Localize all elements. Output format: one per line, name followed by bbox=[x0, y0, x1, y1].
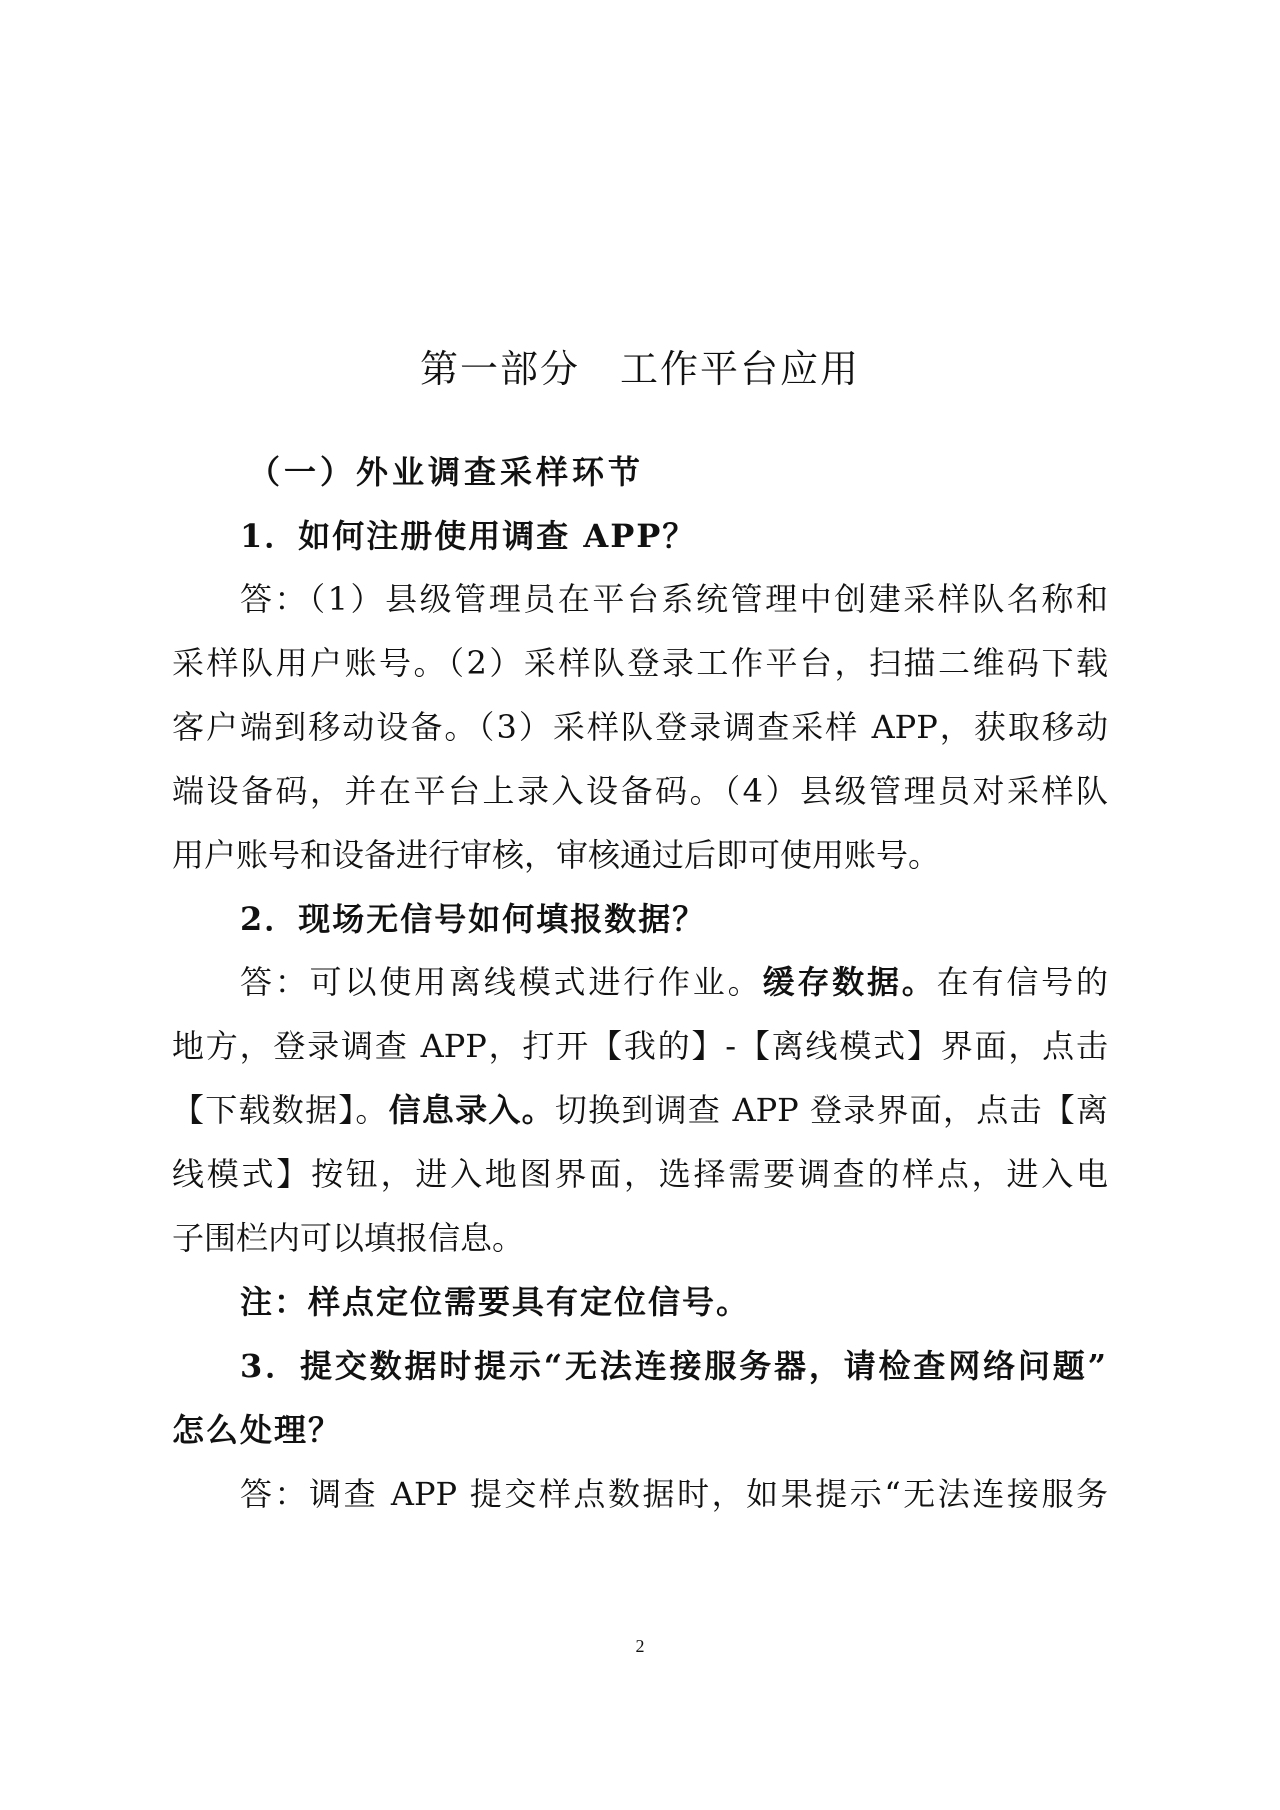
answer-1-line-3: 客户端到移动设备。（3）采样队登录调查采样 APP，获取移动 bbox=[172, 707, 1108, 747]
document-page: 第一部分工作平台应用 （一）外业调查采样环节 1．如何注册使用调查 APP？ 答… bbox=[0, 0, 1280, 1810]
answer-3-line-1: 答：调查 APP 提交样点数据时，如果提示“无法连接服务 bbox=[240, 1474, 1108, 1514]
answer-1-line-5: 用户账号和设备进行审核，审核通过后即可使用账号。 bbox=[172, 835, 1108, 875]
page-number: 2 bbox=[0, 1636, 1280, 1657]
page-title: 第一部分工作平台应用 bbox=[0, 338, 1280, 393]
answer-1-line-2: 采样队用户账号。（2）采样队登录工作平台，扫描二维码下载 bbox=[172, 643, 1108, 683]
section-heading: （一）外业调查采样环节 bbox=[248, 447, 644, 493]
answer-bold-text: 缓存数据。 bbox=[762, 963, 936, 1001]
answer-2-line-1: 答：可以使用离线模式进行作业。缓存数据。在有信号的 bbox=[240, 962, 1108, 1002]
answer-2-line-4: 线模式】按钮，进入地图界面，选择需要调查的样点，进入电 bbox=[172, 1154, 1108, 1194]
title-subject: 工作平台应用 bbox=[620, 347, 860, 391]
answer-text: 答：可以使用离线模式进行作业。 bbox=[240, 963, 762, 1001]
answer-1-line-1: 答：（1）县级管理员在平台系统管理中创建采样队名称和 bbox=[240, 579, 1108, 619]
answer-1-line-4: 端设备码，并在平台上录入设备码。（4）县级管理员对采样队 bbox=[172, 771, 1108, 811]
title-part: 第一部分 bbox=[420, 347, 580, 391]
note: 注：样点定位需要具有定位信号。 bbox=[240, 1282, 750, 1322]
answer-2-line-2: 地方，登录调查 APP，打开【我的】-【离线模式】界面，点击 bbox=[172, 1026, 1108, 1066]
question-3-line-2: 怎么处理？ bbox=[172, 1410, 342, 1450]
answer-text: 在有信号的 bbox=[937, 963, 1108, 1001]
answer-text: 切换到调查 APP 登录界面，点击【离 bbox=[555, 1091, 1108, 1129]
question-3-line-1: 3．提交数据时提示“无法连接服务器，请检查网络问题” bbox=[240, 1346, 1108, 1386]
answer-bold-text: 信息录入。 bbox=[389, 1091, 555, 1129]
question-1: 1．如何注册使用调查 APP？ bbox=[240, 516, 696, 556]
answer-2-line-5: 子围栏内可以填报信息。 bbox=[172, 1218, 1108, 1258]
answer-2-line-3: 【下载数据】。信息录入。切换到调查 APP 登录界面，点击【离 bbox=[172, 1090, 1108, 1130]
answer-text: 【下载数据】。 bbox=[172, 1091, 389, 1129]
question-2: 2．现场无信号如何填报数据？ bbox=[240, 899, 706, 939]
